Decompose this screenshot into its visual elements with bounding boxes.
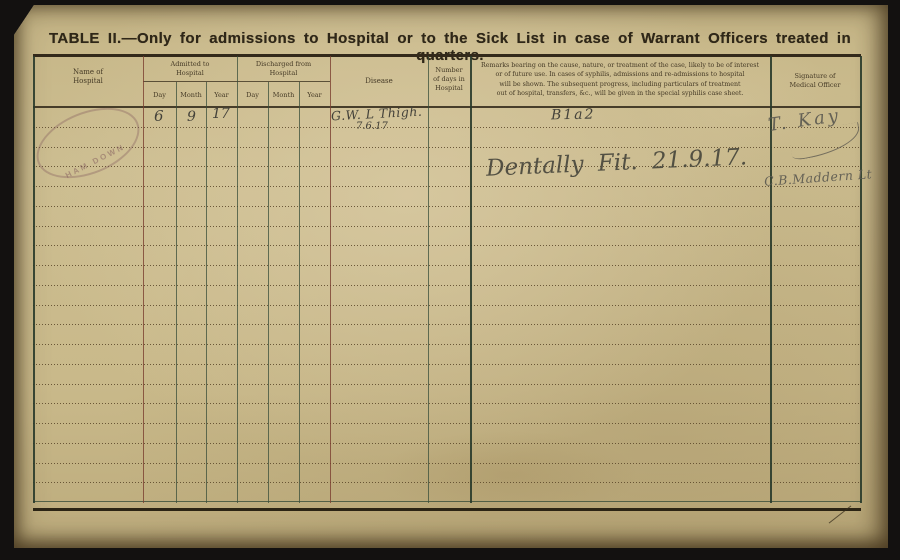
column-rule-remarks <box>470 56 472 503</box>
ruled-row-line <box>33 206 861 207</box>
entry-admitted-month: 9 <box>187 109 196 125</box>
header-signature: Signature of Medical Officer <box>770 72 860 90</box>
entry-disease-date: 7.6.17 <box>356 121 388 132</box>
header-discharged-month: Month <box>268 91 299 100</box>
header-remarks: Remarks bearing on the cause, nature, or… <box>474 61 766 99</box>
ruled-row-line <box>33 443 861 444</box>
header-admitted-group: Admitted to Hospital <box>143 60 237 78</box>
header-admitted-day: Day <box>143 91 176 100</box>
column-rule-adm-day-month <box>176 82 177 503</box>
table-top-border <box>33 54 861 57</box>
ruled-row-line <box>33 265 861 266</box>
entry-admitted-day: 6 <box>154 107 164 125</box>
header-discharged-year: Year <box>299 91 330 100</box>
table-bottom-border <box>33 508 861 511</box>
header-name-of-hospital: Name of Hospital <box>33 68 143 87</box>
ruled-row-line <box>33 384 861 385</box>
header-admitted-month: Month <box>176 91 206 100</box>
ruled-row-line <box>33 245 861 246</box>
header-disease: Disease <box>330 77 428 86</box>
header-discharged-day: Day <box>237 91 268 100</box>
table-bottom-rule <box>33 501 861 502</box>
entry-admitted-year: 17 <box>212 106 230 122</box>
ruled-row-line <box>33 186 861 187</box>
ruled-row-line <box>33 482 861 483</box>
ruled-row-line <box>33 285 861 286</box>
ruled-row-line <box>33 403 861 404</box>
column-rule-days <box>428 56 429 503</box>
ruled-row-line <box>33 344 861 345</box>
column-rule-dis-day-month <box>268 82 269 503</box>
ruled-row-line <box>33 127 861 128</box>
scanned-document: TABLE II.—Only for admissions to Hospita… <box>0 0 900 560</box>
header-days-in-hospital: Number of days in Hospital <box>428 66 470 92</box>
ruled-row-line <box>33 305 861 306</box>
ruled-row-line <box>33 463 861 464</box>
column-rule-discharged <box>237 56 238 503</box>
ruled-row-line <box>33 364 861 365</box>
header-discharged-group: Discharged from Hospital <box>237 60 330 78</box>
column-rule-admitted <box>143 56 144 503</box>
entry-remarks-category: B1a2 <box>551 107 596 124</box>
ruled-row-line <box>33 324 861 325</box>
table-right-border <box>860 56 862 503</box>
column-rule-adm-month-year <box>206 82 207 503</box>
column-rule-dis-month-year <box>299 82 300 503</box>
table-left-border <box>33 56 35 503</box>
ruled-row-line <box>33 226 861 227</box>
page-title: TABLE II.—Only for admissions to Hospita… <box>20 30 880 64</box>
header-admitted-year: Year <box>206 91 237 100</box>
ruled-row-line <box>33 423 861 424</box>
